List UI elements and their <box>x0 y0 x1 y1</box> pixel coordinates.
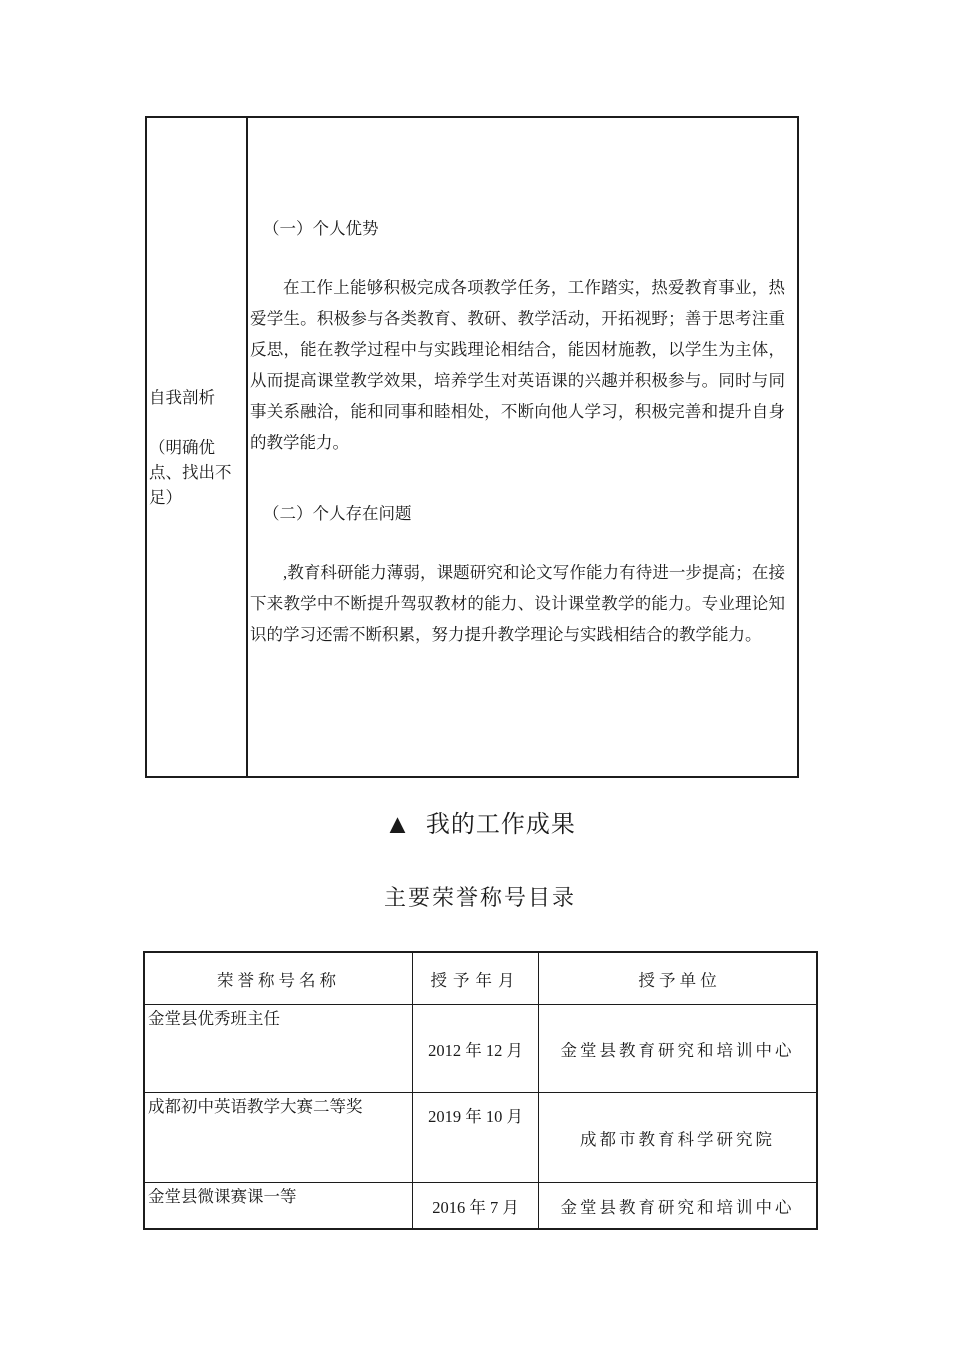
honors-row-1-name: 金堂县优秀班主任 <box>145 1005 413 1093</box>
honors-header-name: 荣誉称号名称 <box>145 953 413 1005</box>
self-analysis-table: 自我剖析 （明确优点、找出不足） （一）个人优势 在工作上能够积极完成各项教学任… <box>145 116 799 778</box>
honors-row-2-unit: 成都市教育科学研究院 <box>539 1093 816 1183</box>
self-analysis-row-label: 自我剖析 （明确优点、找出不足） <box>149 385 242 510</box>
work-results-title: ▲我的工作成果 <box>0 806 960 842</box>
honors-row-2-date: 2019 年 10 月 <box>413 1093 539 1183</box>
personal-problems-paragraph: ,教育科研能力薄弱，课题研究和论文写作能力有待进一步提高；在接下来教学中不断提升… <box>250 557 785 650</box>
self-analysis-content-cell: （一）个人优势 在工作上能够积极完成各项教学任务，工作踏实，热爱教育事业，热爱学… <box>248 118 797 776</box>
personal-strengths-paragraph: 在工作上能够积极完成各项教学任务，工作踏实，热爱教育事业，热爱学生。积极参与各类… <box>250 272 785 458</box>
honors-row-1-unit: 金堂县教育研究和培训中心 <box>539 1005 816 1093</box>
honors-row-2-name: 成都初中英语教学大赛二等奖 <box>145 1093 413 1183</box>
self-analysis-label-cell: 自我剖析 （明确优点、找出不足） <box>147 118 248 776</box>
honors-table: 荣誉称号名称 授予年月 授 予 单 位 金堂县优秀班主任 2012 年 12 月… <box>143 951 818 1230</box>
triangle-bullet-icon: ▲ <box>384 809 411 839</box>
honors-directory-subtitle: 主要荣誉称号目录 <box>0 882 960 914</box>
work-results-title-text: 我的工作成果 <box>426 812 576 838</box>
honors-row-3-name: 金堂县微课赛课一等 <box>145 1183 413 1228</box>
honors-row-3-date: 2016 年 7 月 <box>413 1183 539 1228</box>
document-page: 自我剖析 （明确优点、找出不足） （一）个人优势 在工作上能够积极完成各项教学任… <box>0 0 960 1357</box>
honors-header-date: 授予年月 <box>413 953 539 1005</box>
honors-row-1-date: 2012 年 12 月 <box>413 1005 539 1093</box>
honors-header-unit: 授 予 单 位 <box>539 953 816 1005</box>
personal-problems-heading: （二）个人存在问题 <box>250 498 785 529</box>
honors-row-3-unit: 金堂县教育研究和培训中心 <box>539 1183 816 1228</box>
personal-strengths-heading: （一）个人优势 <box>250 213 785 244</box>
